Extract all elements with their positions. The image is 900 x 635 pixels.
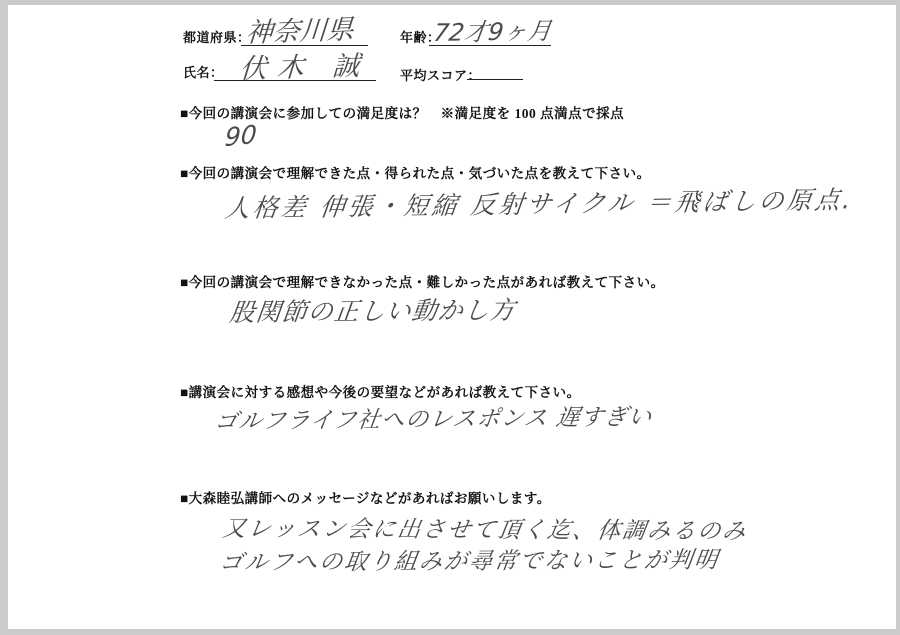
age-handwritten-value: 72才9ヶ月 bbox=[432, 11, 554, 48]
answer-satisfaction-handwritten: 90 bbox=[224, 119, 258, 152]
scanned-paper: 都道府県： 神奈川県 年齢： 72才9ヶ月 氏名： 伏木 誠 平均スコア： ■今… bbox=[8, 5, 896, 629]
avg-score-underline bbox=[467, 63, 523, 80]
answer-message-line2-handwritten: ゴルフへの取り組みが尋常でないことが判明 bbox=[218, 541, 722, 577]
question-satisfaction: ■今回の講演会に参加しての満足度は？ ※満足度を 100 点満点で採点 bbox=[180, 102, 624, 122]
answer-impressions-handwritten: ゴルフライフ社へのレスポンス 遅すぎい bbox=[213, 398, 655, 436]
question-impressions: ■講演会に対する感想や今後の要望などがあれば教えて下さい。 bbox=[180, 381, 581, 401]
answer-message-line1-handwritten: 又レッスン会に出させて頂く迄、体調みるのみ bbox=[221, 510, 751, 546]
question-difficult-points: ■今回の講演会で理解できなかった点・難しかった点があれば教えて下さい。 bbox=[180, 271, 665, 291]
scanned-survey-form: { "form": { "fields": { "prefecture": { … bbox=[0, 0, 900, 635]
name-handwritten-value: 伏木 誠 bbox=[239, 44, 371, 86]
answer-understood-points-handwritten: 人格差 伸張・短縮 反射サイクル ＝飛ばしの原点. bbox=[223, 180, 856, 225]
question-understood-points: ■今回の講演会で理解できた点・得られた点・気づいた点を教えて下さい。 bbox=[180, 162, 651, 182]
answer-difficult-points-handwritten: 股関節の正しい動かし方 bbox=[228, 290, 518, 329]
question-message-to-lecturer: ■大森睦弘講師へのメッセージなどがあればお願いします。 bbox=[180, 487, 551, 507]
